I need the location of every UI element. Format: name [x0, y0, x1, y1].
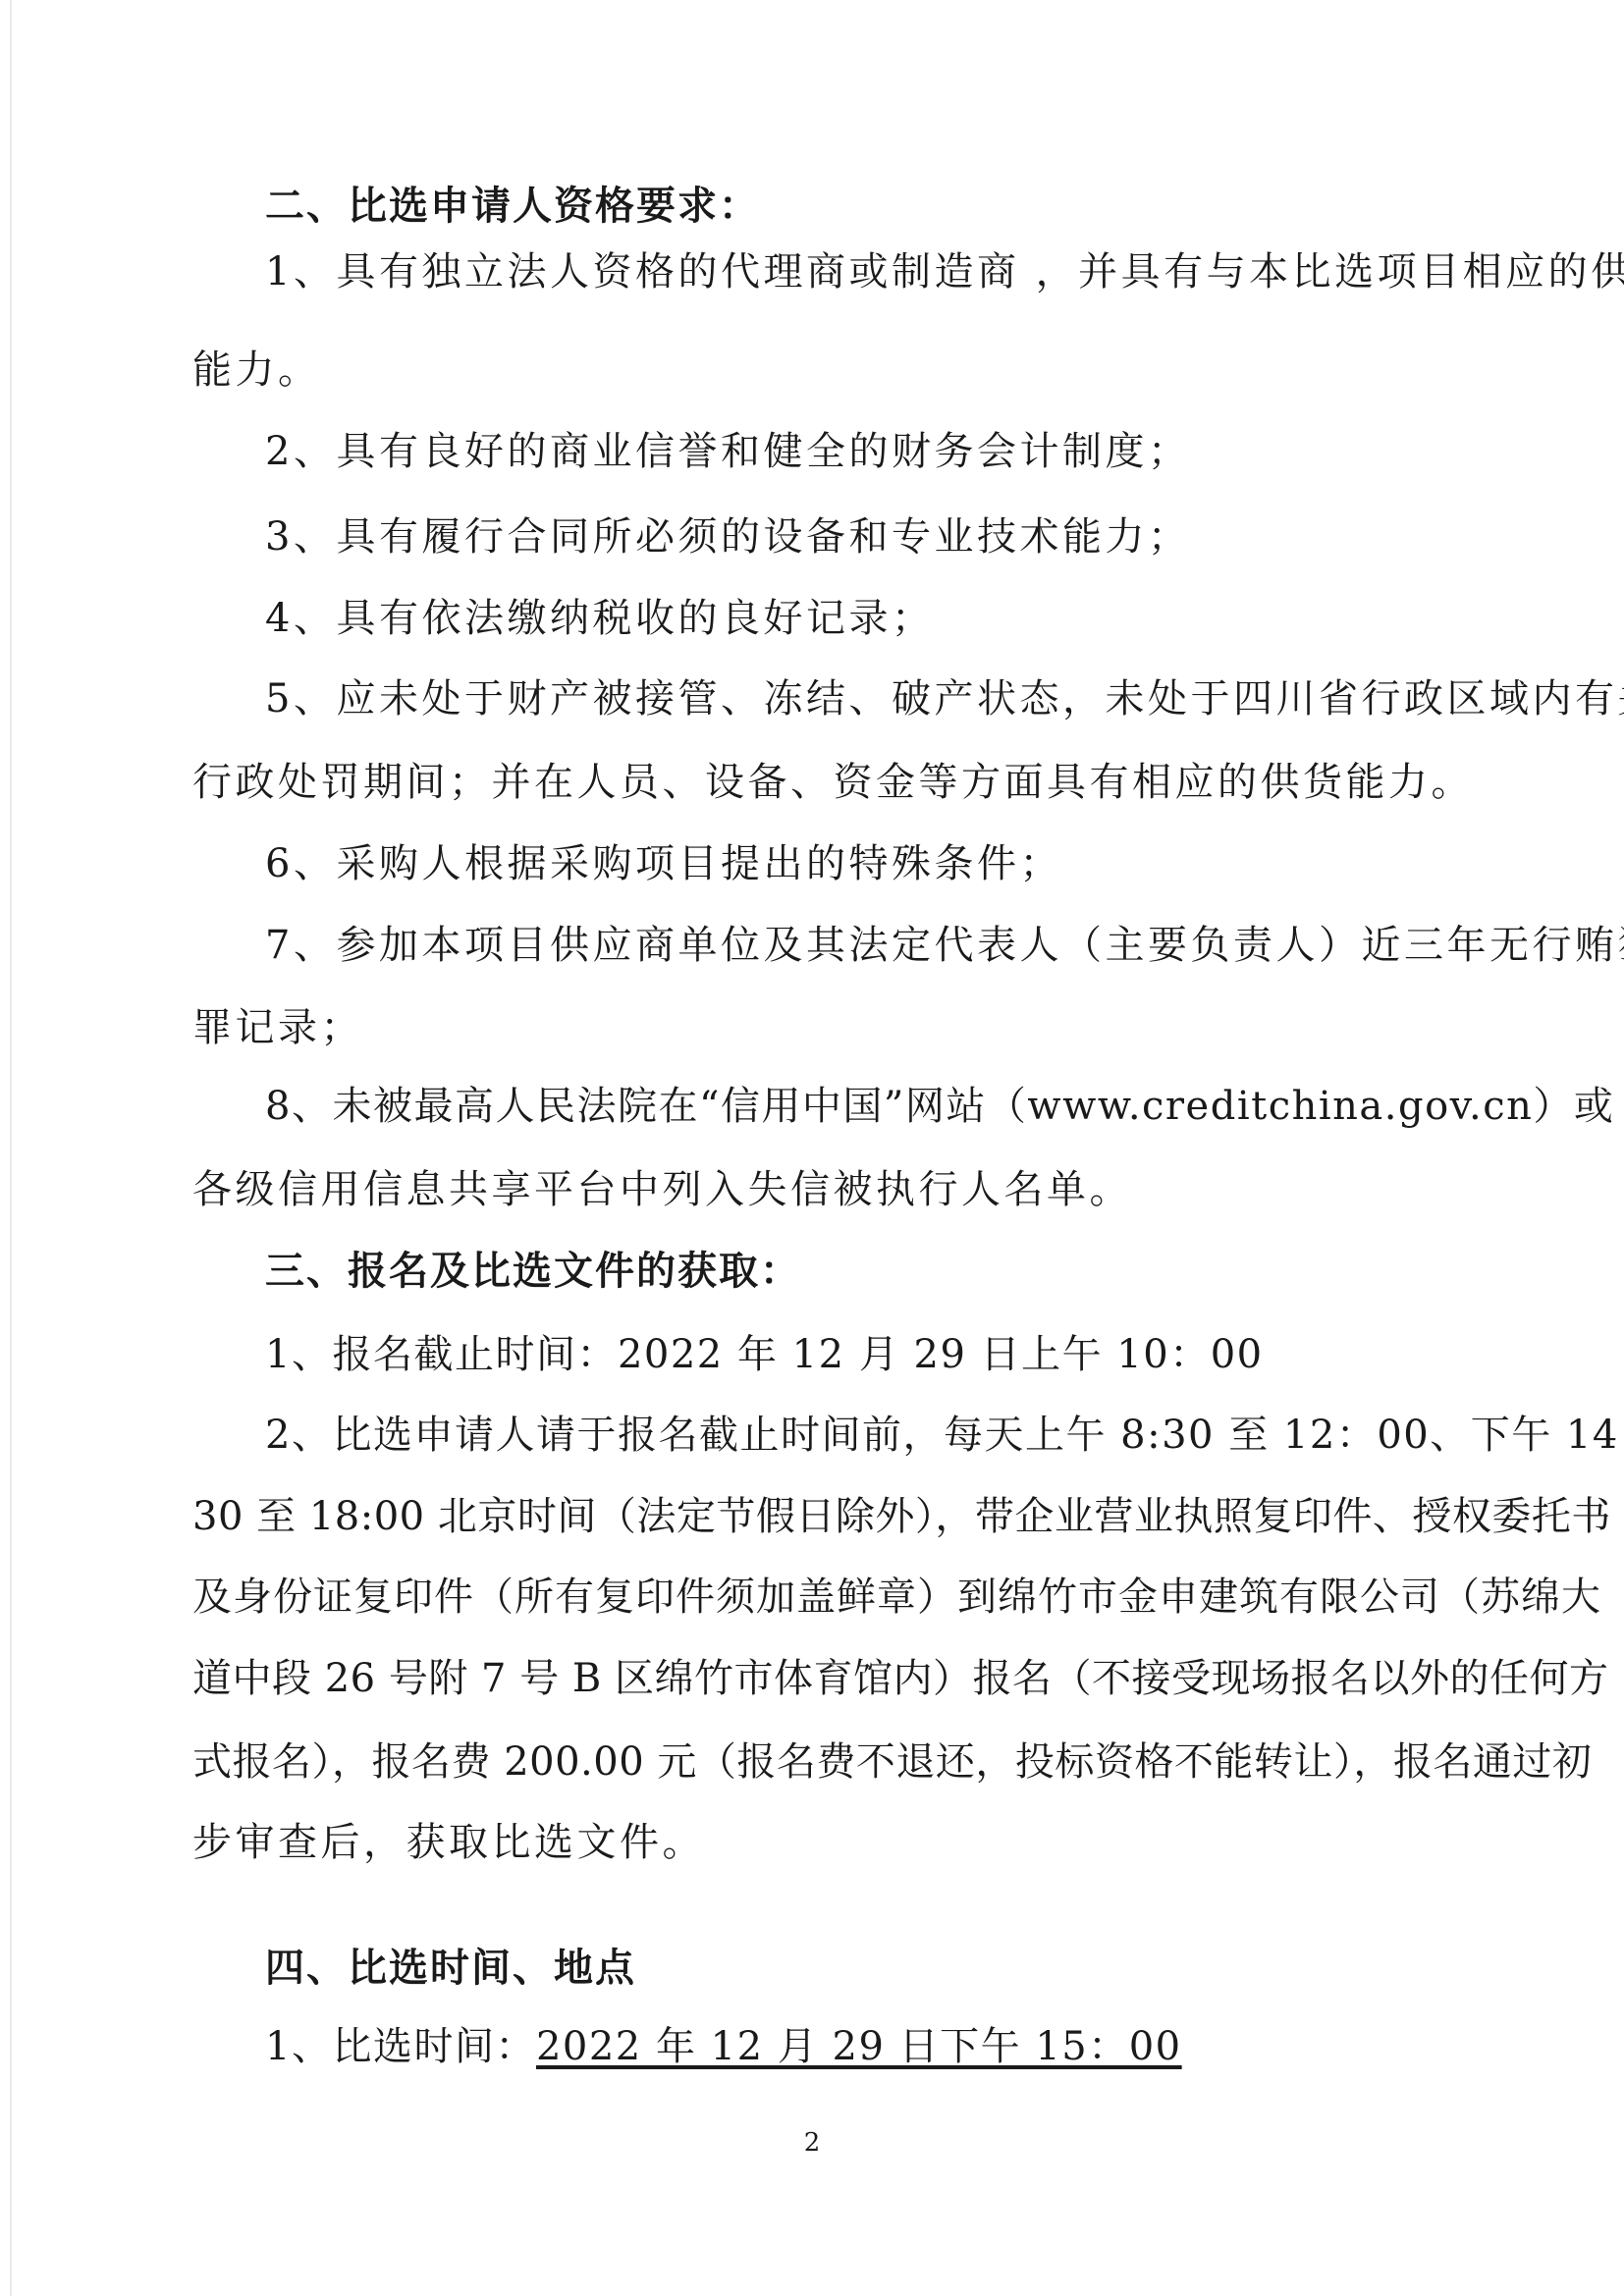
section-heading-time-location: 四、比选时间、地点 [265, 1945, 1581, 1992]
paragraph-line: 各级信用信息共享平台中列入失信被执行人名单。 [192, 1166, 1508, 1213]
paragraph-line: 3、具有履行合同所必须的设备和专业技术能力； [265, 513, 1581, 561]
paragraph-line: 及身份证复印件（所有复印件须加盖鲜章）到绵竹市金申建筑有限公司（苏绵大 [192, 1574, 1508, 1621]
paragraph-line: 能力。 [192, 347, 1508, 394]
paragraph-line: 行政处罚期间；并在人员、设备、资金等方面具有相应的供货能力。 [192, 759, 1508, 806]
section-heading-qualifications: 二、比选申请人资格要求： [265, 183, 1581, 230]
paragraph-line: 8、未被最高人民法院在“信用中国”网站（www.creditchina.gov.… [265, 1083, 1581, 1130]
paragraph-line: 2、具有良好的商业信誉和健全的财务会计制度； [265, 428, 1581, 475]
section-heading-registration: 三、报名及比选文件的获取： [265, 1248, 1581, 1295]
paragraph-line: 1、比选时间：2022 年 12 月 29 日下午 15：00 [265, 2023, 1581, 2070]
page-number: 2 [0, 2128, 1624, 2158]
paragraph-line: 2、比选申请人请于报名截止时间前，每天上午 8:30 至 12：00、下午 14… [265, 1412, 1581, 1459]
paragraph-line: 6、采购人根据采购项目提出的特殊条件； [265, 840, 1581, 887]
paragraph-line: 1、报名截止时间：2022 年 12 月 29 日上午 10：00 [265, 1331, 1581, 1378]
paragraph-line: 1、具有独立法人资格的代理商或制造商 ，并具有与本比选项目相应的供货 [265, 248, 1581, 295]
paragraph-line: 式报名），报名费 200.00 元（报名费不退还，投标资格不能转让），报名通过初 [192, 1738, 1508, 1786]
paragraph-line: 30 至 18:00 北京时间（法定节假日除外），带企业营业执照复印件、授权委托… [192, 1493, 1508, 1540]
paragraph-line: 5、应未处于财产被接管、冻结、破产状态，未处于四川省行政区域内有关 [265, 675, 1581, 722]
paragraph-line: 罪记录； [192, 1004, 1508, 1051]
paragraph-line: 步审查后，获取比选文件。 [192, 1819, 1508, 1866]
paragraph-line: 7、参加本项目供应商单位及其法定代表人（主要负责人）近三年无行贿犯 [265, 922, 1581, 969]
paragraph-line: 4、具有依法缴纳税收的良好记录； [265, 595, 1581, 642]
scan-edge [10, 0, 12, 2296]
paragraph-line: 道中段 26 号附 7 号 B 区绵竹市体育馆内）报名（不接受现场报名以外的任何… [192, 1655, 1508, 1702]
selection-time-value: 2022 年 12 月 29 日下午 15：00 [536, 2024, 1182, 2069]
label-text: 1、比选时间： [265, 2024, 536, 2069]
